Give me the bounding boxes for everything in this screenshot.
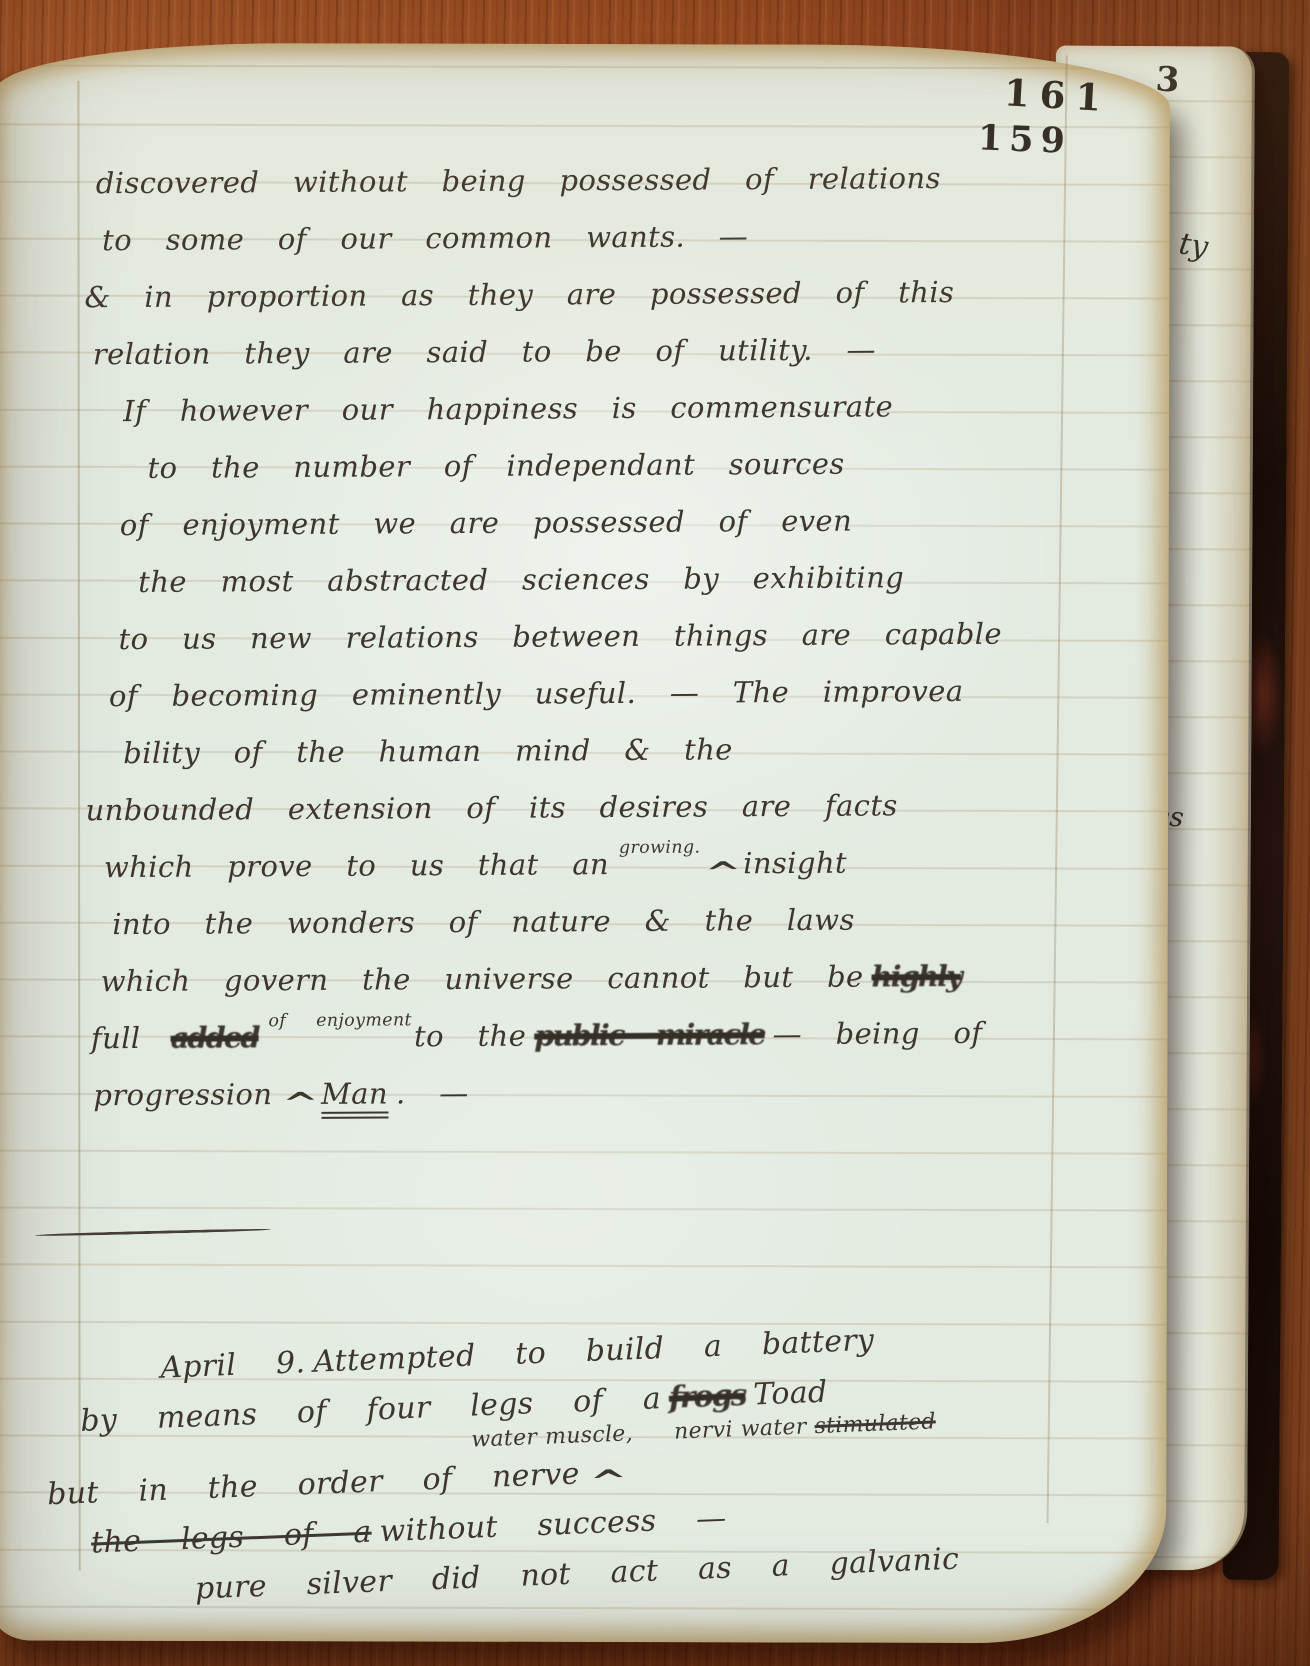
manuscript-line: which govern the universe cannot but beh… [100, 947, 1144, 1010]
struck-out-text: highly [871, 959, 961, 994]
manuscript-text: unbounded extension of its desires are f… [85, 788, 897, 827]
manuscript-line: of enjoyment we are possessed of even [120, 491, 1142, 554]
struck-out-text: public miracle [534, 1017, 765, 1052]
manuscript-entry-april-9: April 9.Attempted to build a batteryby m… [67, 1305, 1157, 1619]
manuscript-text: full [91, 1010, 141, 1067]
manuscript-text: to the number of independant sources [147, 447, 844, 485]
manuscript-text: to some of our common wants. — [102, 219, 748, 257]
manuscript-text: If however our happiness is commensurate [123, 389, 893, 428]
manuscript-text: to us new relations between things are c… [118, 617, 1002, 656]
manuscript-text: insight [743, 846, 847, 881]
struck-out-text: frogs [668, 1378, 746, 1416]
manuscript-text: the most abstracted sciences by exhibiti… [138, 560, 904, 599]
caret-mark: ^ [589, 1457, 629, 1508]
manuscript-line: bility of the human mind & the [123, 719, 1143, 782]
manuscript-text: to the [414, 1019, 526, 1054]
struck-out-text: added [170, 1020, 258, 1055]
manuscript-text: growing. [619, 840, 701, 858]
manuscript-line: progression^Man. — [93, 1061, 1145, 1124]
manuscript-text: without success — [379, 1501, 727, 1550]
manuscript-text: which govern the universe cannot but be [101, 960, 864, 999]
manuscript-text: relation they are said to be of utility.… [93, 332, 876, 371]
manuscript-entry-essay: discovered without being possessed of re… [80, 149, 1146, 1124]
manuscript-text: discovered without being possessed of re… [96, 161, 941, 200]
manuscript-text: — being of [772, 1016, 982, 1051]
manuscript-text: water [740, 1414, 807, 1442]
manuscript-text: of enjoyment [268, 1012, 411, 1030]
manuscript-line: discovered without being possessed of re… [96, 149, 1140, 212]
manuscript-line: to some of our common wants. — [102, 206, 1140, 269]
manuscript-text: Man [321, 1076, 388, 1118]
manuscript-text: of becoming eminently useful. — The impr… [109, 674, 964, 713]
manuscript-line: to the number of independant sources [147, 434, 1141, 497]
caret-mark: ^ [704, 844, 741, 901]
manuscript-text: the legs of a [90, 1515, 372, 1561]
entry-divider [35, 1228, 271, 1237]
manuscript-line: which prove to us that angrowing.^insigh… [104, 833, 1144, 896]
manuscript-text: of enjoyment we are possessed of even [120, 504, 852, 542]
page-number-upper: 161 [1003, 70, 1112, 120]
bleed-through-text: ty [1177, 226, 1211, 265]
manuscript-line: & in proportion as they are possessed of… [84, 263, 1140, 326]
manuscript-text: muscle, nervi [545, 1417, 734, 1449]
manuscript-text: & in proportion as they are possessed of… [84, 275, 954, 314]
caret-mark: ^ [282, 1075, 319, 1132]
manuscript-line: to us new relations between things are c… [118, 605, 1142, 668]
manuscript-text: which prove to us that an [104, 847, 609, 884]
manuscript-line: the most abstracted sciences by exhibiti… [138, 548, 1142, 611]
manuscript-line: unbounded extension of its desires are f… [85, 776, 1143, 839]
manuscript-text: bility of the human mind & the [123, 732, 733, 770]
manuscript-text: . — [396, 1076, 469, 1110]
journal-page: 161 159 discovered without being possess… [0, 42, 1170, 1643]
manuscript-line: fulladdedof enjoymentto thepublic miracl… [157, 1004, 1145, 1067]
manuscript-text: April 9. [160, 1345, 306, 1386]
manuscript-line: relation they are said to be of utility.… [93, 320, 1141, 383]
manuscript-text: stimulated [814, 1409, 936, 1439]
manuscript-line: If however our happiness is commensurate [123, 377, 1141, 440]
manuscript-line: of becoming eminently useful. — The impr… [109, 662, 1143, 725]
manuscript-text: Toad [753, 1375, 828, 1413]
manuscript-text: into the wonders of nature & the laws [112, 903, 855, 942]
manuscript-text: water [471, 1425, 538, 1453]
manuscript-text: progression [93, 1077, 272, 1112]
photo-scene: 3 ty n vies ions 161 159 discovered with… [0, 0, 1310, 1666]
manuscript-line: into the wonders of nature & the laws [112, 890, 1144, 953]
